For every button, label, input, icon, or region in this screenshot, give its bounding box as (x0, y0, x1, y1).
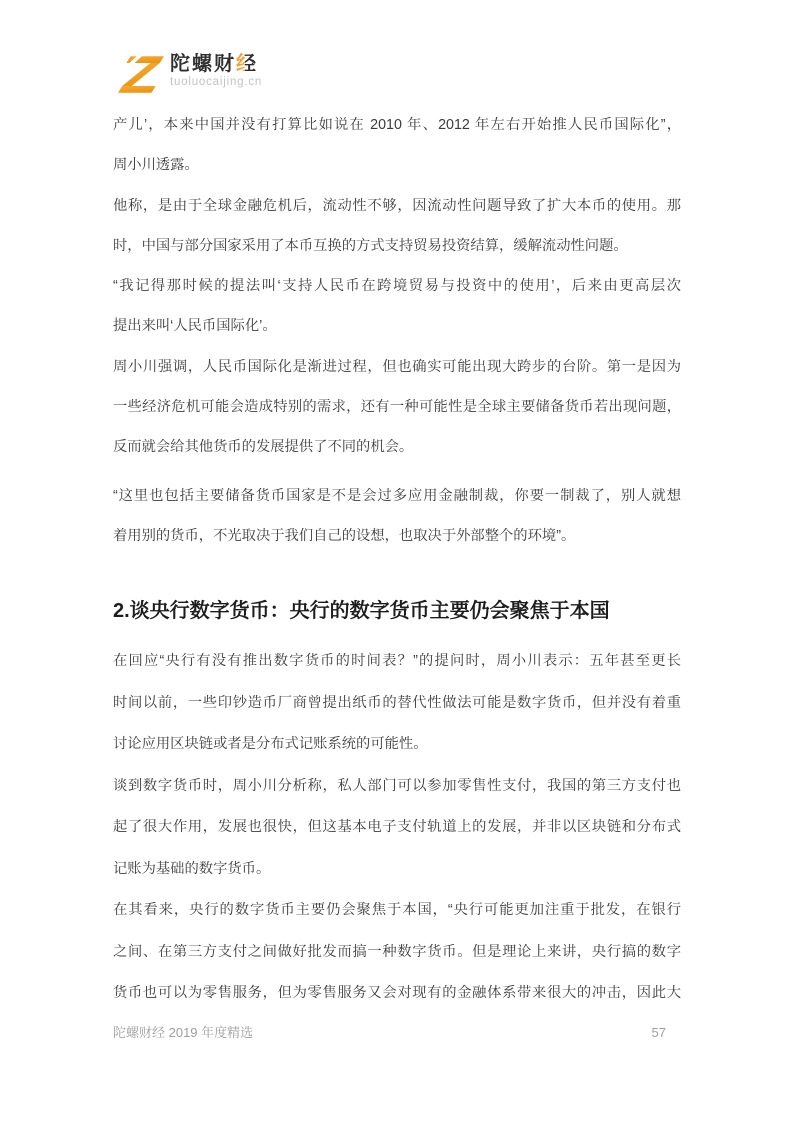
text-line: 反而就会给其他货币的发展提供了不同的机会。 (113, 427, 681, 467)
paragraph: 在回应“央行有没有推出数字货币的时间表？”的提问时，周小川表示：五年甚至更长 时… (113, 641, 681, 766)
text-line: “这里也包括主要储备货币国家是不是会过多应用金融制裁，你要一制裁了，别人就想 (113, 476, 681, 516)
text-line: 在回应“央行有没有推出数字货币的时间表？”的提问时，周小川表示：五年甚至更长 (113, 641, 681, 683)
paragraph: 他称，是由于全球金融危机后，流动性不够，因流动性问题导致了扩大本币的使用。那 时… (113, 186, 681, 267)
page-number: 57 (652, 1024, 666, 1042)
paragraph: 在其看来，央行的数字货币主要仍会聚焦于本国，“央行可能更加注重于批发，在银行 之… (113, 890, 681, 1015)
text-line: 货币也可以为零售服务，但为零售服务又会对现有的金融体系带来很大的冲击，因此大 (113, 973, 681, 1015)
text-line: 之间、在第三方支付之间做好批发而搞一种数字货币。但是理论上来讲，央行搞的数字 (113, 932, 681, 974)
text-line: 周小川强调，人民币国际化是渐进过程，但也确实可能出现大跨步的台阶。第一是因为 (113, 347, 681, 387)
paragraph: “我记得那时候的提法叫‘支持人民币在跨境贸易与投资中的使用’，后来由更高层次 提… (113, 266, 681, 347)
text-line: 一些经济危机可能会造成特别的需求，还有一种可能性是全球主要储备货币若出现问题， (113, 387, 681, 427)
footer-booklet-title: 陀螺财经 2019 年度精选 (113, 1024, 253, 1042)
text-line: “我记得那时候的提法叫‘支持人民币在跨境贸易与投资中的使用’，后来由更高层次 (113, 266, 681, 306)
brand-name-main: 陀螺财 (170, 53, 236, 75)
paragraph: 产儿’，本来中国并没有打算比如说在 2010 年、2012 年左右开始推人民币国… (113, 105, 681, 186)
section-heading: 2.谈央行数字货币：央行的数字货币主要仍会聚焦于本国 (113, 598, 681, 624)
article-section-2: 在回应“央行有没有推出数字货币的时间表？”的提问时，周小川表示：五年甚至更长 时… (113, 641, 681, 1015)
brand-name-accent: 经 (236, 53, 258, 75)
paragraph: 周小川强调，人民币国际化是渐进过程，但也确实可能出现大跨步的台阶。第一是因为 一… (113, 347, 681, 468)
text-line: 起了很大作用，发展也很快，但这基本电子支付轨道上的发展，并非以区块链和分布式 (113, 807, 681, 849)
text-line: 在其看来，央行的数字货币主要仍会聚焦于本国，“央行可能更加注重于批发，在银行 (113, 890, 681, 932)
text-line: 着用别的货币，不光取决于我们自己的设想，也取决于外部整个的环境”。 (113, 516, 681, 556)
brand-name: 陀螺财经 (170, 53, 262, 75)
brand-text-block: 陀螺财经 tuoluocaijing.cn (170, 53, 262, 89)
text-line: 产儿’，本来中国并没有打算比如说在 2010 年、2012 年左右开始推人民币国… (113, 105, 681, 145)
text-line: 时间以前，一些印钞造币厂商曾提出纸币的替代性做法可能是数字货币，但并没有着重 (113, 683, 681, 725)
text-line: 周小川透露。 (113, 145, 681, 185)
document-page: 陀螺财经 tuoluocaijing.cn 产儿’，本来中国并没有打算比如说在 … (0, 0, 793, 1122)
article-section-1: 产儿’，本来中国并没有打算比如说在 2010 年、2012 年左右开始推人民币国… (113, 105, 681, 556)
paragraph: 谈到数字货币时，周小川分析称，私人部门可以参加零售性支付，我国的第三方支付也 起… (113, 766, 681, 891)
logo-z-icon (118, 56, 164, 93)
text-line: 时，中国与部分国家采用了本币互换的方式支持贸易投资结算，缓解流动性问题。 (113, 226, 681, 266)
text-line: 提出来叫‘人民币国际化’。 (113, 306, 681, 346)
text-line: 记账为基础的数字货币。 (113, 849, 681, 891)
brand-domain: tuoluocaijing.cn (170, 76, 262, 89)
text-line: 谈到数字货币时，周小川分析称，私人部门可以参加零售性支付，我国的第三方支付也 (113, 766, 681, 808)
text-line: 讨论应用区块链或者是分布式记账系统的可能性。 (113, 724, 681, 766)
brand-logo: 陀螺财经 tuoluocaijing.cn (118, 53, 262, 93)
text-line: 他称，是由于全球金融危机后，流动性不够，因流动性问题导致了扩大本币的使用。那 (113, 186, 681, 226)
paragraph: “这里也包括主要储备货币国家是不是会过多应用金融制裁，你要一制裁了，别人就想 着… (113, 476, 681, 557)
article-content: 产儿’，本来中国并没有打算比如说在 2010 年、2012 年左右开始推人民币国… (113, 105, 681, 1015)
